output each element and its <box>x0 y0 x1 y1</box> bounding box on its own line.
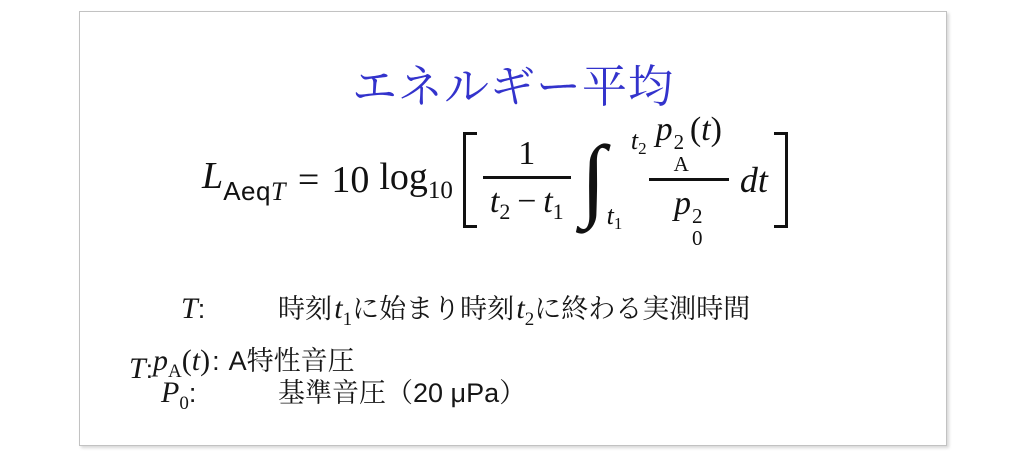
formula-lhs: LAeqT <box>202 154 286 207</box>
fraction2-numerator: p2A(t) <box>649 111 729 181</box>
definition-text-T: 時刻 t1に始まり時刻 t2に終わる実測時間 <box>278 294 750 324</box>
integral-icon: ∫ <box>581 128 606 228</box>
definition-term-T: T: <box>181 294 278 324</box>
pressure-ratio-fraction: p2A(t) p20 <box>649 111 729 249</box>
definition-text-P0: 基準音圧（20 μPa） <box>278 378 526 408</box>
log-term: log10 <box>379 155 453 205</box>
lhs-subscript: AeqT <box>223 177 286 206</box>
lhs-symbol-L: L <box>202 155 223 197</box>
equals-sign: = <box>298 158 319 202</box>
integral-lower-limit: t1 <box>607 201 623 234</box>
differential-dt: dt <box>740 159 768 201</box>
right-bracket <box>774 132 788 228</box>
slide-title: エネルギー平均 <box>80 50 946 115</box>
definition-row-T: T:時刻 t1に始まり時刻 t2に終わる実測時間 <box>181 294 750 335</box>
fraction1-denominator: t2 − t1 <box>483 179 571 225</box>
fraction2-denominator: p20 <box>649 181 729 249</box>
fraction1-numerator: 1 <box>483 135 571 179</box>
slide-panel: エネルギー平均 LAeqT = 10 log10 1 t2 − t1 ∫ t2 … <box>79 11 947 446</box>
definition-row-P0: P0:基準音圧（20 μPa） <box>161 378 526 419</box>
definition-term-P0: P0: <box>161 378 278 419</box>
laeq-formula: LAeqT = 10 log10 1 t2 − t1 ∫ t2 t1 p2A(t… <box>62 118 928 242</box>
minus-sign: − <box>517 183 536 220</box>
log-base: 10 <box>428 177 453 204</box>
left-bracket <box>463 132 477 228</box>
stray-T-label: T: <box>129 354 153 384</box>
integral-upper-limit: t2 <box>631 126 647 159</box>
definition-text-pA: A特性音圧 <box>229 346 355 376</box>
integral-term: ∫ t2 t1 <box>581 128 645 232</box>
definition-term-pA: pA(t): <box>153 346 220 376</box>
time-average-fraction: 1 t2 − t1 <box>483 135 571 225</box>
coefficient-10: 10 <box>331 158 369 202</box>
